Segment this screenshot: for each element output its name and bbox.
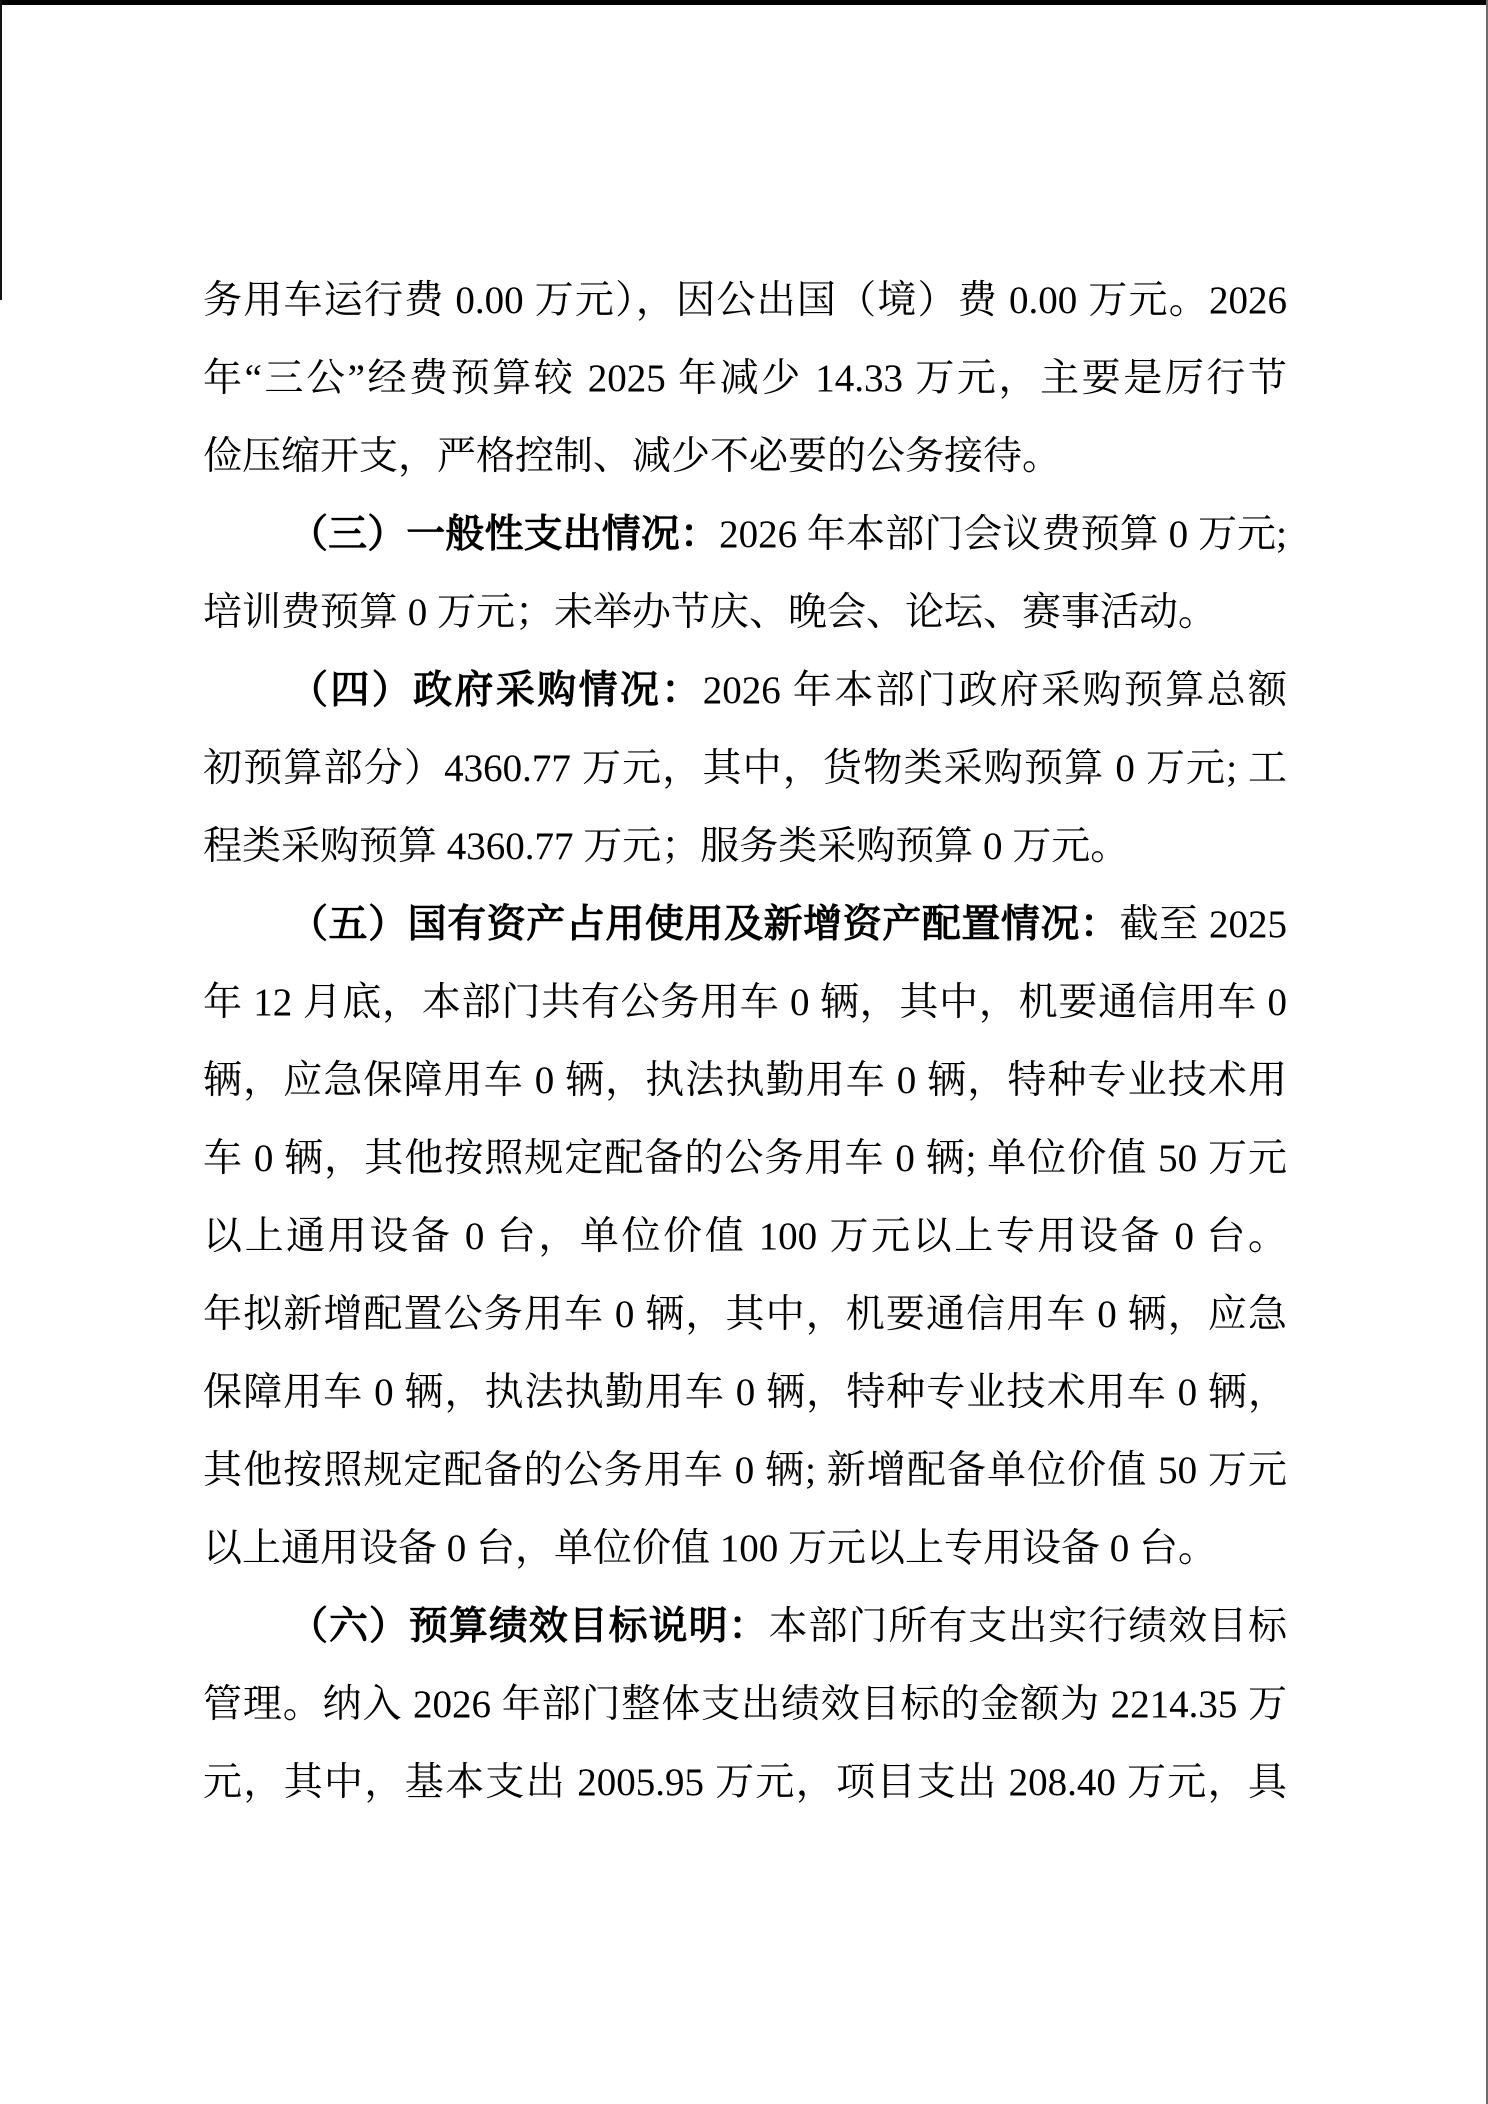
body-text: 保障用车 0 辆，执法执勤用车 0 辆，特种专业技术用车 0 辆， (203, 1371, 1287, 1414)
body-text: 程类采购预算 4360.77 万元；服务类采购预算 0 万元。 (203, 825, 1129, 868)
page-left-edge (0, 0, 2, 300)
section-heading-text: （三）一般性支出情况： (289, 513, 719, 556)
text-line: 务用车运行费 0.00 万元），因公出国（境）费 0.00 万元。2026 (203, 262, 1287, 340)
text-line: 车 0 辆，其他按照规定配备的公务用车 0 辆; 单位价值 50 万元 (203, 1120, 1287, 1198)
text-line: 年 12 月底，本部门共有公务用车 0 辆，其中，机要通信用车 0 (203, 964, 1287, 1042)
body-text: 培训费预算 0 万元；未举办节庆、晚会、论坛、赛事活动。 (203, 591, 1217, 634)
text-line: 其他按照规定配备的公务用车 0 辆; 新增配备单位价值 50 万元 (203, 1432, 1287, 1510)
body-text: 其他按照规定配备的公务用车 0 辆; 新增配备单位价值 50 万元 (203, 1449, 1287, 1492)
body-text: 车 0 辆，其他按照规定配备的公务用车 0 辆; 单位价值 50 万元 (203, 1137, 1287, 1180)
text-line: 管理。纳入 2026 年部门整体支出绩效目标的金额为 2214.35 万 (203, 1666, 1287, 1744)
text-line: 俭压缩开支，严格控制、减少不必要的公务接待。 (203, 418, 1287, 496)
body-text: 辆，应急保障用车 0 辆，执法执勤用车 0 辆，特种专业技术用 (203, 1059, 1287, 1102)
text-line: （三）一般性支出情况：2026 年本部门会议费预算 0 万元; (203, 496, 1287, 574)
body-text: 本部门所有支出实行绩效目标 (769, 1605, 1288, 1648)
text-line: 培训费预算 0 万元；未举办节庆、晚会、论坛、赛事活动。 (203, 574, 1287, 652)
text-line: （四）政府采购情况：2026 年本部门政府采购预算总额（年 (203, 652, 1287, 730)
text-line: （五）国有资产占用使用及新增资产配置情况：截至 2025 (203, 886, 1287, 964)
text-block: 务用车运行费 0.00 万元），因公出国（境）费 0.00 万元。2026年“三… (203, 262, 1287, 1822)
body-text: 年 12 月底，本部门共有公务用车 0 辆，其中，机要通信用车 0 (203, 981, 1287, 1024)
body-text: 年“三公”经费预算较 2025 年减少 14.33 万元，主要是厉行节 (203, 357, 1287, 400)
text-line: 以上通用设备 0 台，单位价值 100 万元以上专用设备 0 台。2026 (203, 1198, 1287, 1276)
body-text: 务用车运行费 0.00 万元），因公出国（境）费 0.00 万元。2026 (203, 279, 1287, 322)
text-line: 辆，应急保障用车 0 辆，执法执勤用车 0 辆，特种专业技术用 (203, 1042, 1287, 1120)
body-text: 元，其中，基本支出 2005.95 万元，项目支出 208.40 万元，具 (203, 1761, 1287, 1804)
text-line: （六）预算绩效目标说明：本部门所有支出实行绩效目标 (203, 1588, 1287, 1666)
body-text: 俭压缩开支，严格控制、减少不必要的公务接待。 (203, 435, 1061, 478)
body-text: 以上通用设备 0 台，单位价值 100 万元以上专用设备 0 台。2026 (203, 1215, 1287, 1276)
body-text: 管理。纳入 2026 年部门整体支出绩效目标的金额为 2214.35 万 (203, 1683, 1287, 1726)
body-text: 年拟新增配置公务用车 0 辆，其中，机要通信用车 0 辆，应急 (203, 1293, 1287, 1336)
text-line: 元，其中，基本支出 2005.95 万元，项目支出 208.40 万元，具 (203, 1744, 1287, 1822)
document-page: 务用车运行费 0.00 万元），因公出国（境）费 0.00 万元。2026年“三… (0, 0, 1488, 2104)
body-text: 截至 2025 (1120, 903, 1287, 946)
text-line: 年“三公”经费预算较 2025 年减少 14.33 万元，主要是厉行节 (203, 340, 1287, 418)
text-line: 程类采购预算 4360.77 万元；服务类采购预算 0 万元。 (203, 808, 1287, 886)
section-heading-text: （六）预算绩效目标说明： (289, 1605, 769, 1648)
text-line: 保障用车 0 辆，执法执勤用车 0 辆，特种专业技术用车 0 辆， (203, 1354, 1287, 1432)
section-heading-text: （五）国有资产占用使用及新增资产配置情况： (289, 903, 1120, 946)
page-top-edge (0, 0, 1488, 5)
text-line: 以上通用设备 0 台，单位价值 100 万元以上专用设备 0 台。 (203, 1510, 1287, 1588)
body-text: 初预算部分）4360.77 万元，其中，货物类采购预算 0 万元; 工 (203, 747, 1287, 790)
body-text: 2026 年本部门会议费预算 0 万元; (719, 513, 1287, 556)
text-line: 年拟新增配置公务用车 0 辆，其中，机要通信用车 0 辆，应急 (203, 1276, 1287, 1354)
text-line: 初预算部分）4360.77 万元，其中，货物类采购预算 0 万元; 工 (203, 730, 1287, 808)
section-heading-text: （四）政府采购情况： (289, 669, 703, 712)
body-text: 以上通用设备 0 台，单位价值 100 万元以上专用设备 0 台。 (203, 1527, 1217, 1570)
